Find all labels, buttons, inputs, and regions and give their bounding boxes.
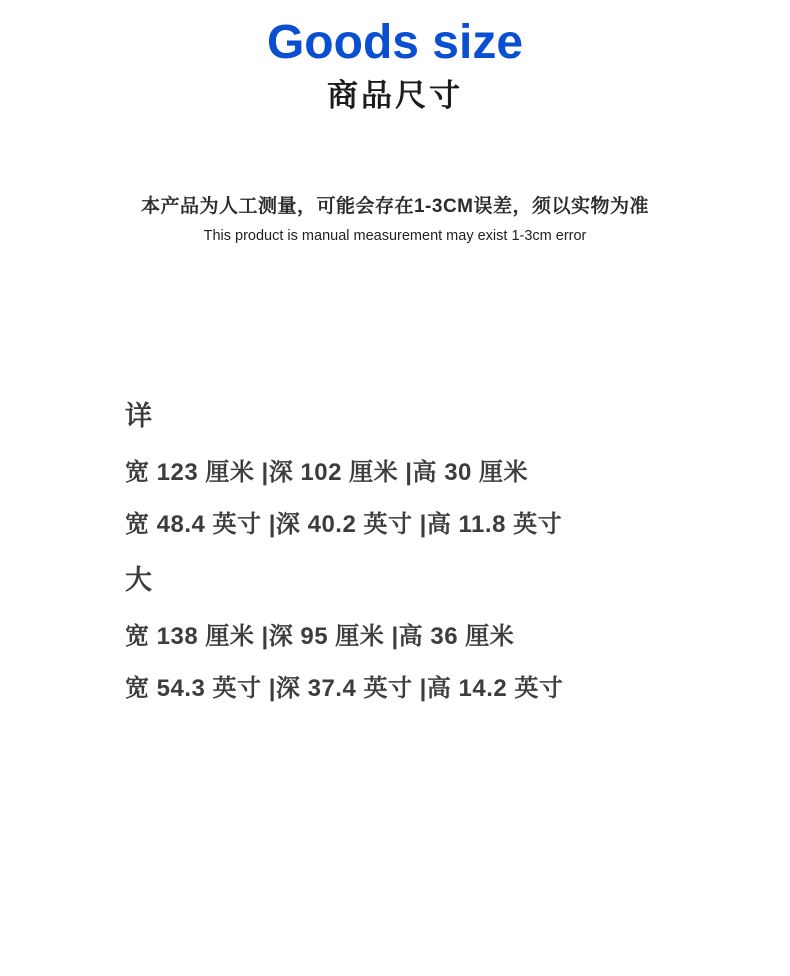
size-list: 详 宽 123 厘米 |深 102 厘米 |高 30 厘米 宽 48.4 英寸 …	[125, 398, 563, 726]
disclaimer-english: This product is manual measurement may e…	[0, 227, 790, 246]
size-line-inch: 宽 54.3 英寸 |深 37.4 英寸 |高 14.2 英寸	[125, 674, 563, 704]
size-section-label: 详	[125, 398, 563, 434]
size-line-cm: 宽 138 厘米 |深 95 厘米 |高 36 厘米	[125, 622, 563, 652]
disclaimer-chinese: 本产品为人工测量，可能会存在1-3CM误差，须以实物为准	[0, 194, 790, 220]
size-section-label: 大	[125, 562, 563, 598]
size-line-cm: 宽 123 厘米 |深 102 厘米 |高 30 厘米	[125, 458, 563, 488]
size-section-1: 详 宽 123 厘米 |深 102 厘米 |高 30 厘米 宽 48.4 英寸 …	[125, 398, 563, 540]
measurement-disclaimer: 本产品为人工测量，可能会存在1-3CM误差，须以实物为准 This produc…	[0, 194, 790, 246]
page-header: Goods size 商品尺寸	[0, 0, 790, 114]
page-title-english: Goods size	[0, 16, 790, 70]
size-section-2: 大 宽 138 厘米 |深 95 厘米 |高 36 厘米 宽 54.3 英寸 |…	[125, 562, 563, 704]
size-line-inch: 宽 48.4 英寸 |深 40.2 英寸 |高 11.8 英寸	[125, 510, 563, 540]
page-title-chinese: 商品尺寸	[0, 78, 790, 114]
goods-size-page: Goods size 商品尺寸 本产品为人工测量，可能会存在1-3CM误差，须以…	[0, 0, 790, 976]
